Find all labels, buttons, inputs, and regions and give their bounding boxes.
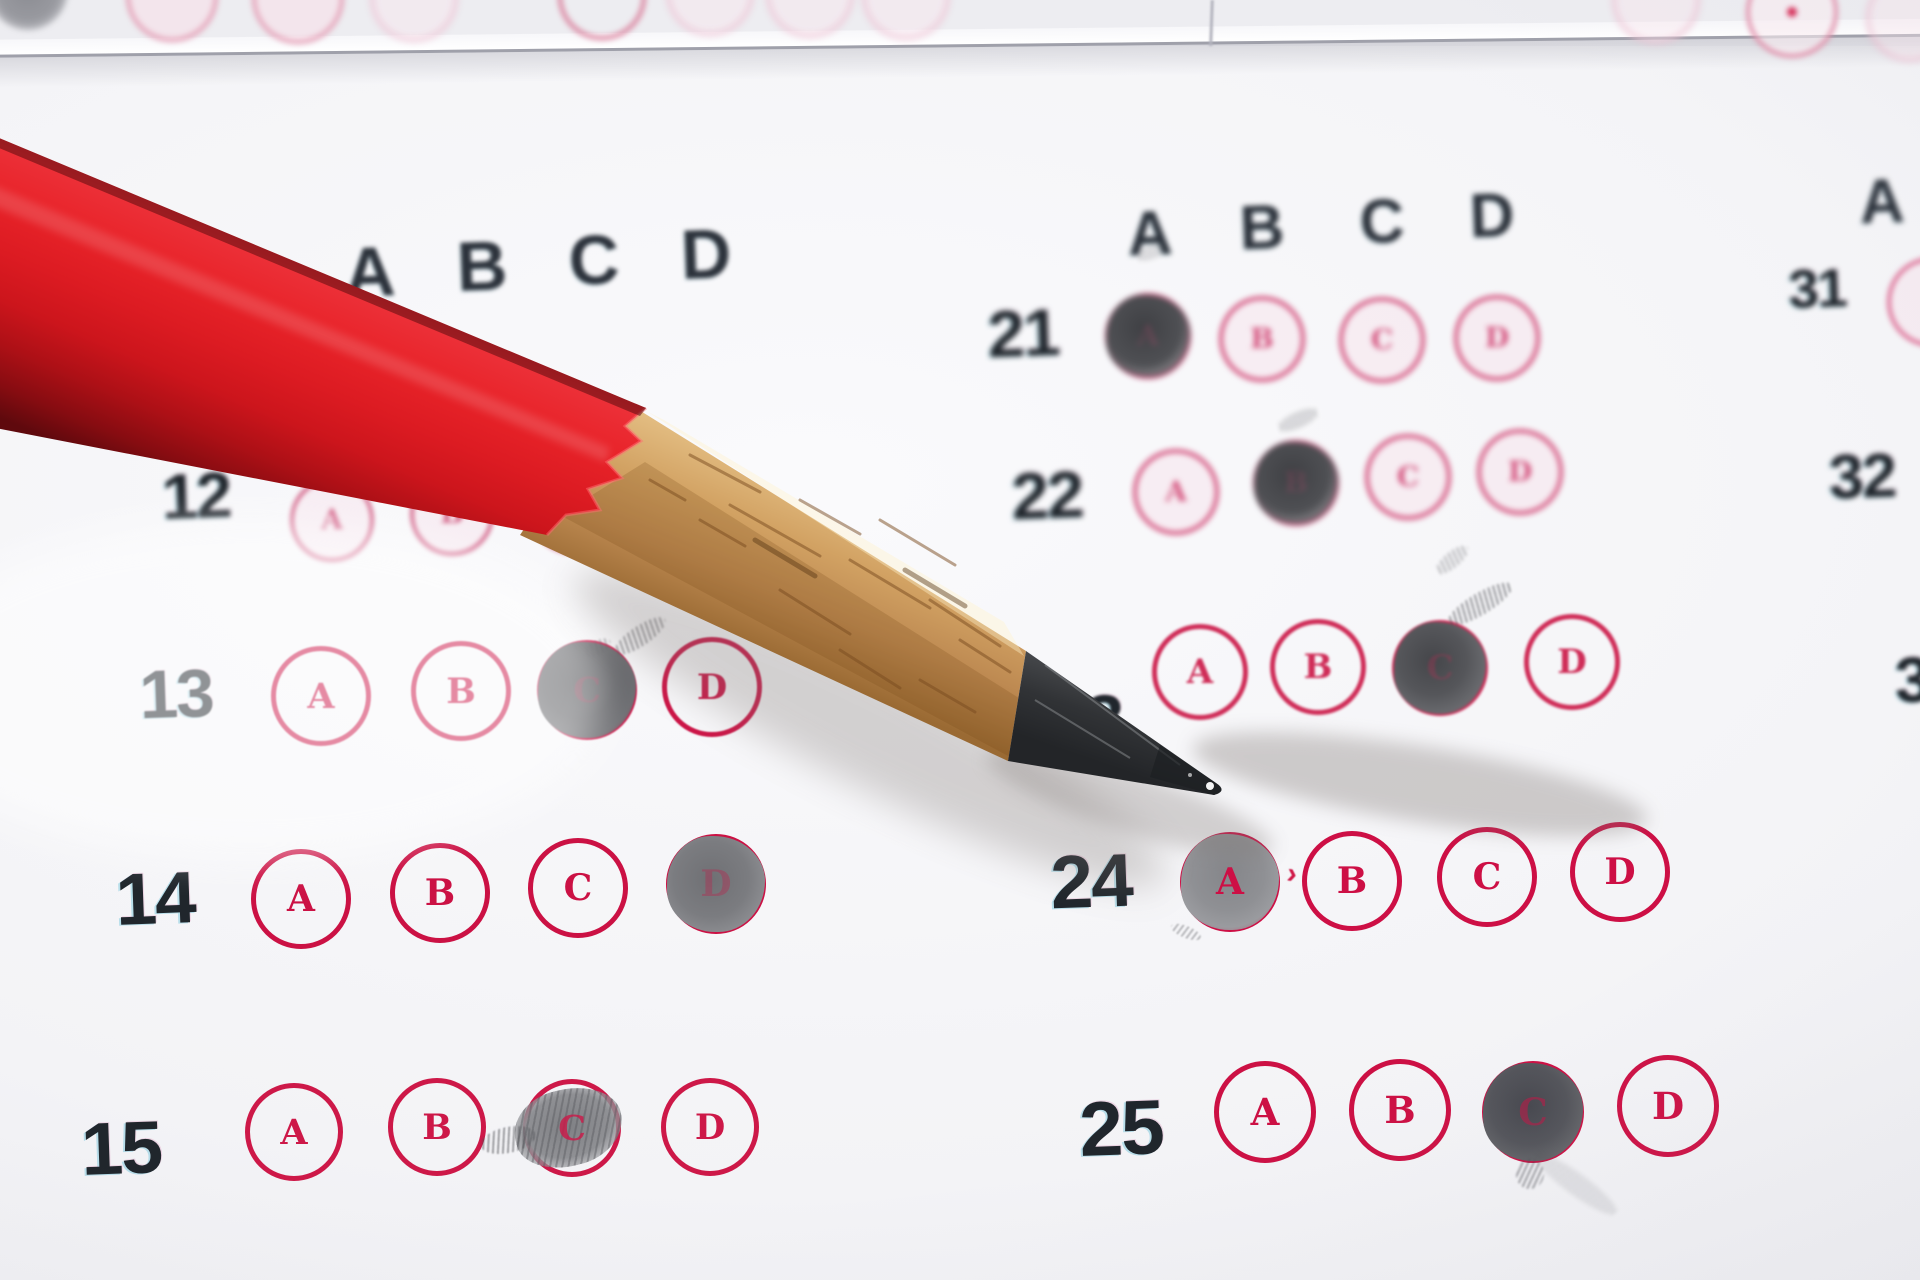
question-number-15: 15 (80, 1104, 163, 1192)
bubble-15-B: B (388, 1078, 486, 1176)
bubble-letter-C: C (1426, 651, 1453, 685)
header-letter-left-B: B (455, 225, 508, 307)
question-number-14: 14 (114, 856, 196, 942)
bubble-12-A: A (290, 478, 374, 562)
bubble-letter-B: B (440, 500, 464, 528)
bubble-letter-C: C (1371, 326, 1393, 354)
bubble-22-D: D (1477, 429, 1563, 515)
bubble-14-C: C (528, 838, 628, 938)
bubble-letter-D: D (1604, 854, 1635, 890)
bubble-15-C: C (523, 1079, 621, 1177)
bubble-letter-B: B (425, 875, 455, 911)
bubble-15-D: D (661, 1078, 759, 1176)
bubble-13-D: D (662, 637, 762, 737)
bubble-23-D: D (1524, 614, 1620, 710)
bubble-letter-A: A (1216, 864, 1244, 900)
print-artifact-tick: › (1285, 856, 1300, 891)
bubble-center-dot (1787, 7, 1797, 17)
bubble-letter-A: A (280, 1115, 307, 1150)
bubble-24-B: B (1302, 831, 1402, 931)
bubble-letter-A: A (321, 506, 343, 534)
header-letter-left-C: C (567, 219, 620, 301)
bubble-letter-A: A (1165, 478, 1187, 506)
bubble-21-B: B (1219, 296, 1305, 382)
bubble-letter-D: D (695, 1110, 725, 1145)
bubble-letter-D: D (680, 496, 704, 524)
bubble-23-C: C (1392, 620, 1488, 716)
bubble-letter-C: C (573, 673, 601, 708)
bubble-13-A: A (271, 646, 371, 746)
header-letter-right-A: A (1858, 166, 1905, 239)
photo: ABCDABCDA12ABCD13ABCD14ABCD15ABCD21ABCD2… (0, 0, 1920, 1280)
bubble-21-D: D (1454, 295, 1540, 381)
question-number-21: 21 (986, 294, 1059, 372)
bubble-21-C: C (1339, 297, 1425, 383)
bubble-letter-C: C (558, 1111, 586, 1146)
bubble-24-C: C (1437, 827, 1537, 927)
side-label-31: 31 (1787, 257, 1846, 321)
side-label-32: 32 (1828, 440, 1897, 513)
bubble-letter-D: D (1508, 458, 1532, 486)
bubble-letter-B: B (1250, 325, 1274, 353)
bubble-letter-D: D (1557, 645, 1586, 679)
bubble-letter-C: C (1518, 1094, 1547, 1131)
bubble-letter-C: C (564, 870, 593, 906)
bubble-letter-B: B (1337, 863, 1367, 899)
bubble-24-A: A (1180, 832, 1280, 932)
bubble-22-C: C (1365, 434, 1451, 520)
bubble-letter-B: B (1284, 469, 1308, 497)
side-label-3: 3 (1894, 642, 1920, 717)
bubble-25-C: C (1482, 1061, 1584, 1163)
bubble-letter-D: D (1485, 324, 1509, 352)
question-number-22: 22 (1010, 456, 1083, 534)
bubble-letter-A: A (307, 679, 334, 714)
bubble-letter-B: B (1304, 650, 1333, 684)
graphite-smudge (1432, 541, 1473, 579)
bubble-23-A: A (1152, 624, 1248, 720)
bubble-letter-B: B (1384, 1092, 1415, 1129)
bubble-letter-D: D (700, 866, 731, 902)
question-number-13: 13 (138, 654, 214, 735)
bubble-letter-A: A (1187, 655, 1213, 689)
bubble-14-D: D (666, 834, 766, 934)
bubble-letter-D: D (1652, 1088, 1684, 1125)
bubble-25-B: B (1349, 1059, 1451, 1161)
bubble-21-A: A (1105, 293, 1191, 379)
bubble-letter-C: C (561, 498, 583, 526)
bubble-letter-A: A (287, 881, 315, 917)
bubble-12-D: D (650, 468, 734, 552)
graphite-smudge (1275, 404, 1322, 437)
header-letter-left-D: D (679, 213, 732, 295)
question-number-12: 12 (160, 458, 231, 534)
bubble-24-D: D (1570, 822, 1670, 922)
graphite-smudge (1443, 576, 1518, 633)
bubble-23-B: B (1270, 619, 1366, 715)
bubble-letter-B: B (422, 1110, 452, 1145)
bubble-14-A: A (251, 849, 351, 949)
question-number-25: 25 (1078, 1083, 1164, 1175)
bubble-22-B: B (1253, 440, 1339, 526)
bubble-letter-D: D (697, 670, 727, 705)
partial-bubble (1887, 257, 1920, 347)
graphite-smudge (1169, 920, 1203, 943)
graphite-smudge (1529, 1146, 1623, 1223)
bubble-14-B: B (390, 843, 490, 943)
bubble-letter-B: B (446, 674, 476, 709)
answer-sheet: ABCDABCDA12ABCD13ABCD14ABCD15ABCD21ABCD2… (0, 0, 1920, 1280)
header-letter-left-A: A (343, 231, 396, 313)
header-letter-middle-C: C (1358, 186, 1405, 259)
bubble-12-B: B (410, 472, 494, 556)
question-number-24: 24 (1049, 837, 1133, 926)
graphite-smudge (610, 611, 671, 661)
bubble-letter-A: A (1251, 1094, 1280, 1131)
bubble-25-A: A (1214, 1061, 1316, 1163)
header-letter-middle-D: D (1468, 180, 1515, 253)
bubble-15-A: A (245, 1083, 343, 1181)
bubble-13-B: B (411, 641, 511, 741)
bubble-22-A: A (1133, 449, 1219, 535)
header-letter-middle-B: B (1238, 192, 1285, 265)
bubble-letter-A: A (1137, 322, 1159, 350)
question-number-23: 23 (1046, 679, 1124, 762)
bubble-letter-C: C (1397, 463, 1419, 491)
bubble-letter-C: C (1473, 859, 1502, 895)
bubble-12-C: C (530, 470, 614, 554)
bubble-25-D: D (1617, 1055, 1719, 1157)
